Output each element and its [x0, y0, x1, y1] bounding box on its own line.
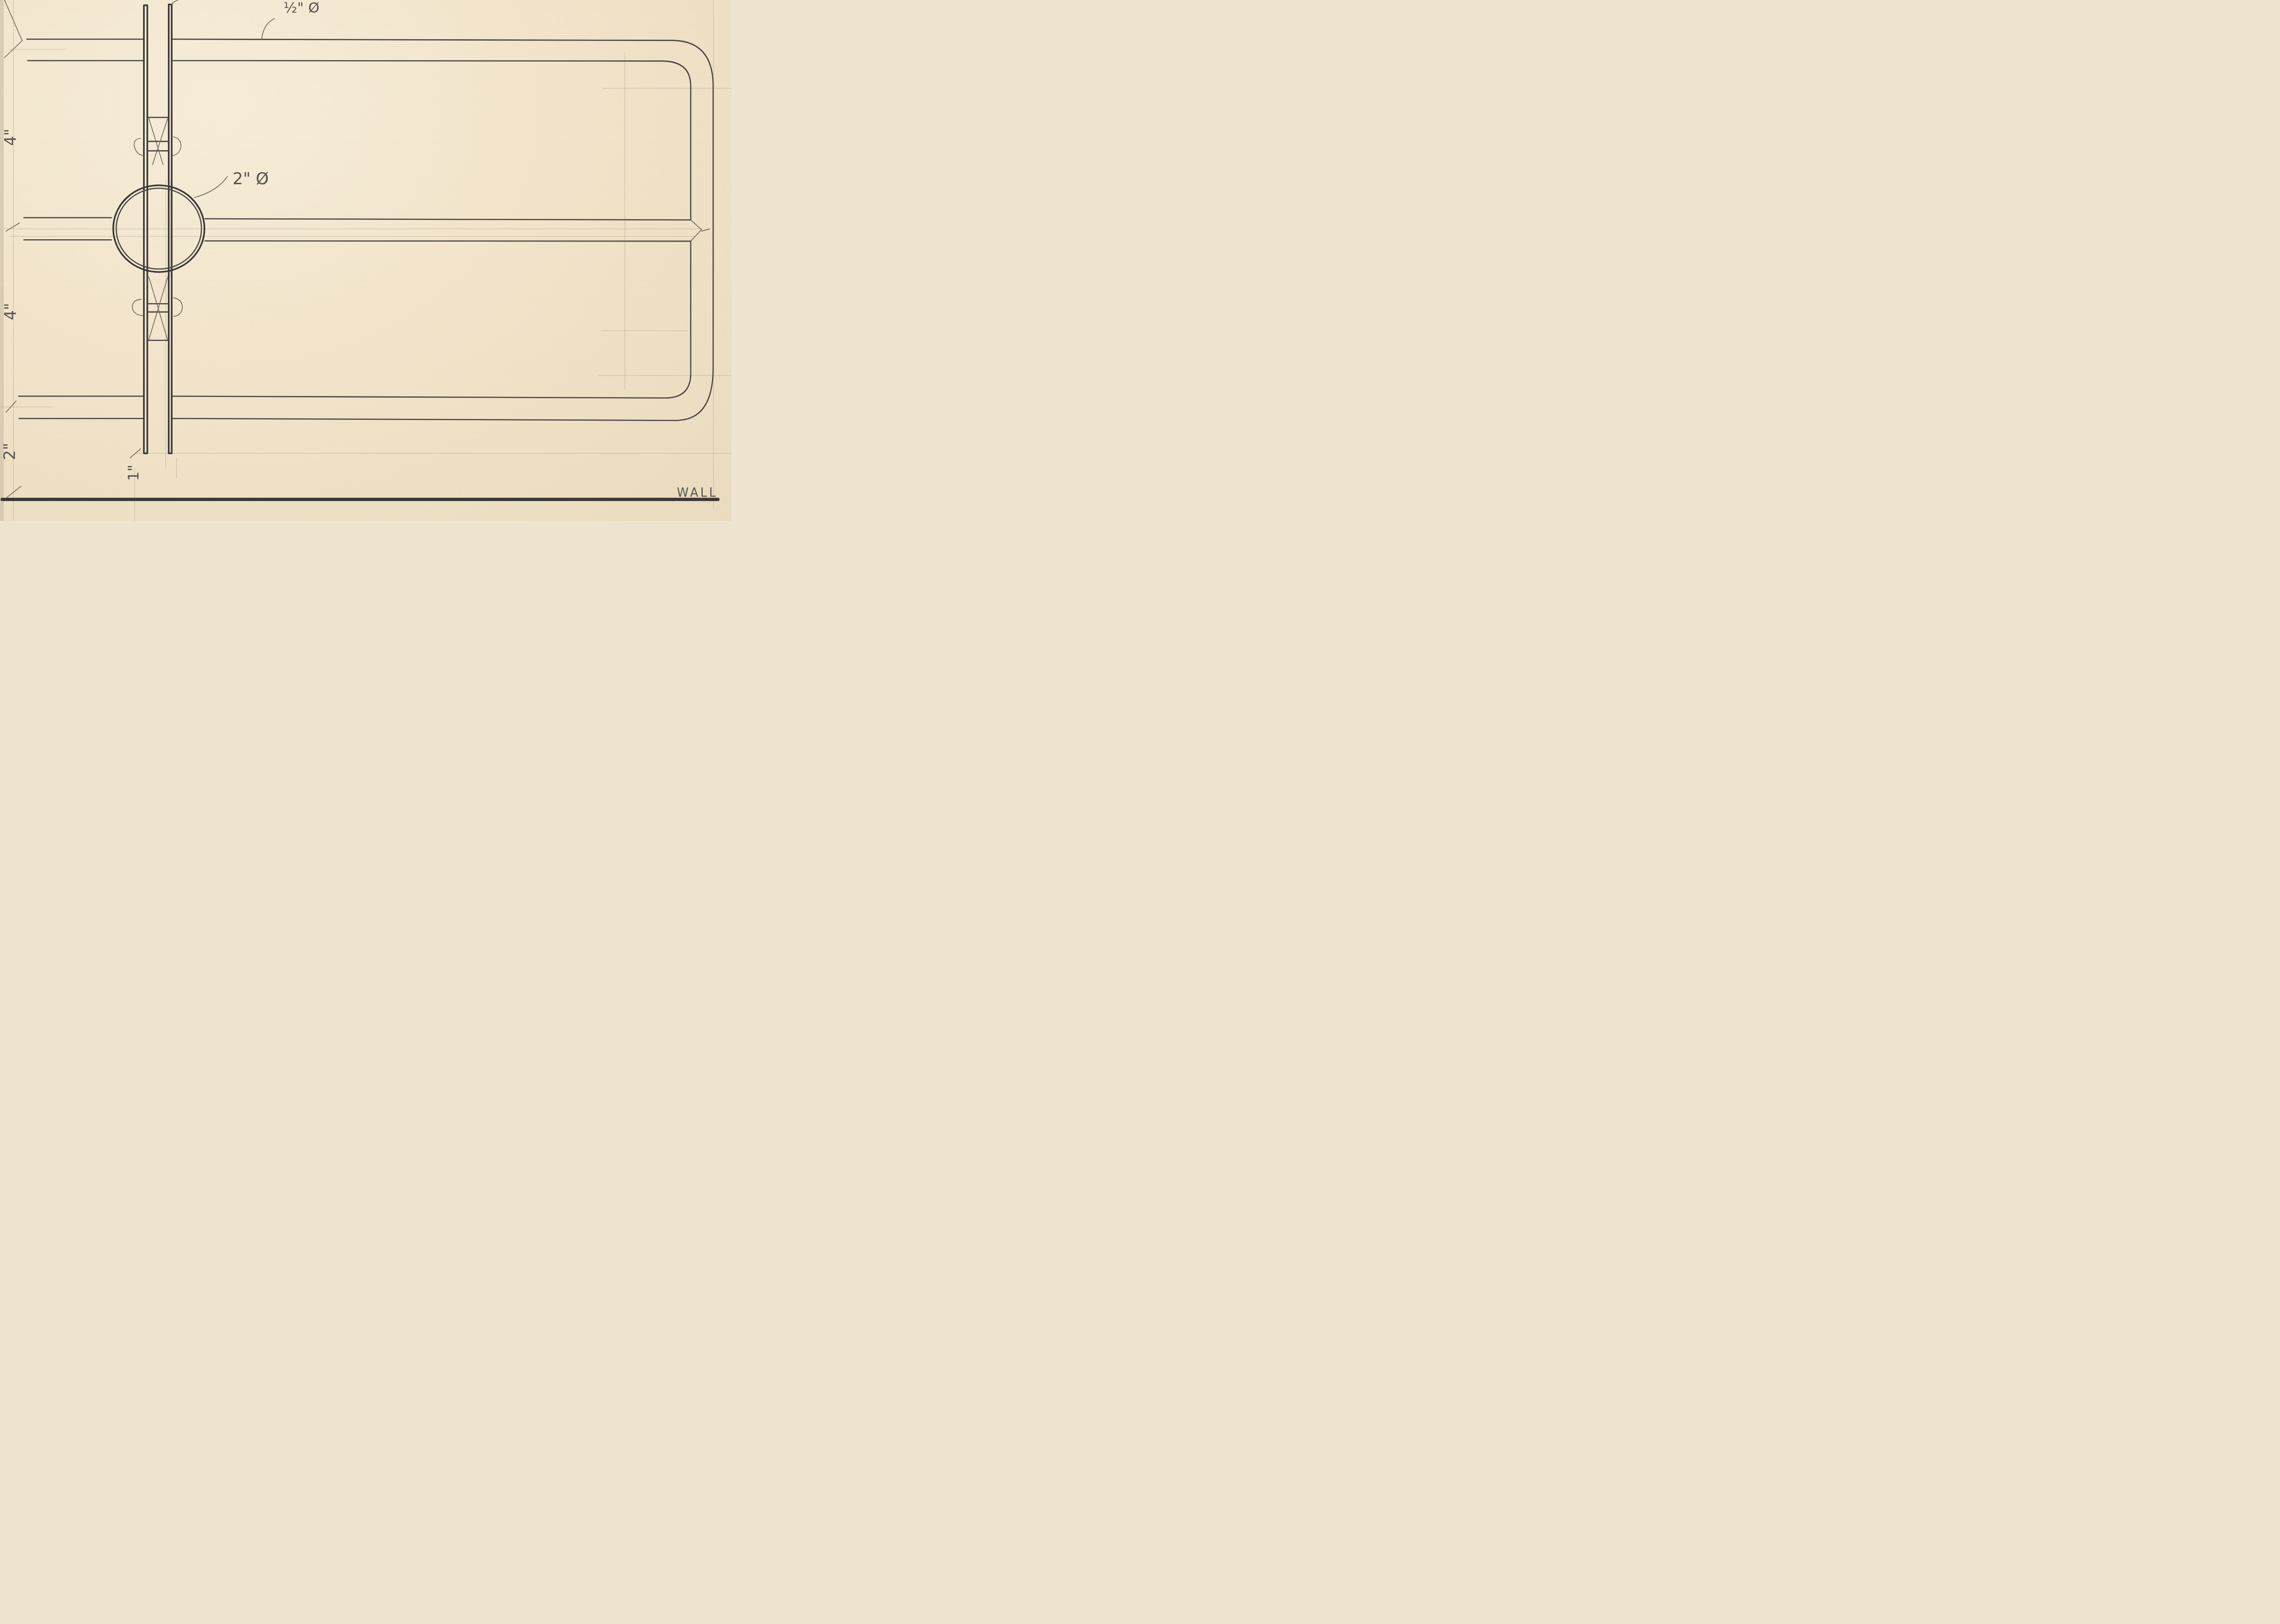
- dimension-label-upper: 4": [1, 129, 20, 146]
- lower-right-hook-icon: [173, 298, 182, 316]
- upper-clamp[interactable]: [134, 118, 181, 165]
- lower-clamp[interactable]: [132, 277, 183, 340]
- wall-label: WALL: [677, 486, 718, 500]
- center-hub[interactable]: [113, 185, 205, 272]
- upper-right-hook-icon: [173, 137, 181, 156]
- drawing-sheet: ½" Ø 2" Ø WALL 4" 4" 2" 1": [0, 0, 731, 521]
- dimension-label-post-offset: 1": [125, 465, 142, 481]
- dimension-ticks: [5, 0, 141, 498]
- lower-left-hook-icon: [132, 299, 143, 316]
- dimension-label-bottom: 2": [0, 443, 19, 460]
- rail-leader-line: [262, 19, 274, 39]
- rail-loop[interactable]: [172, 39, 713, 420]
- dimension-label-lower: 4": [1, 303, 20, 320]
- rail-diameter-label: ½" Ø: [284, 0, 319, 16]
- annotations: ½" Ø 2" Ø WALL 4" 4" 2" 1": [0, 0, 718, 500]
- hub-diameter-label: 2" Ø: [233, 169, 269, 188]
- railing-drawing: ½" Ø 2" Ø WALL 4" 4" 2" 1": [0, 0, 731, 521]
- leader-lines: [172, 0, 274, 197]
- construction-guides: [0, 0, 731, 521]
- upper-left-hook-icon: [134, 139, 144, 156]
- hub-leader-line: [194, 177, 228, 198]
